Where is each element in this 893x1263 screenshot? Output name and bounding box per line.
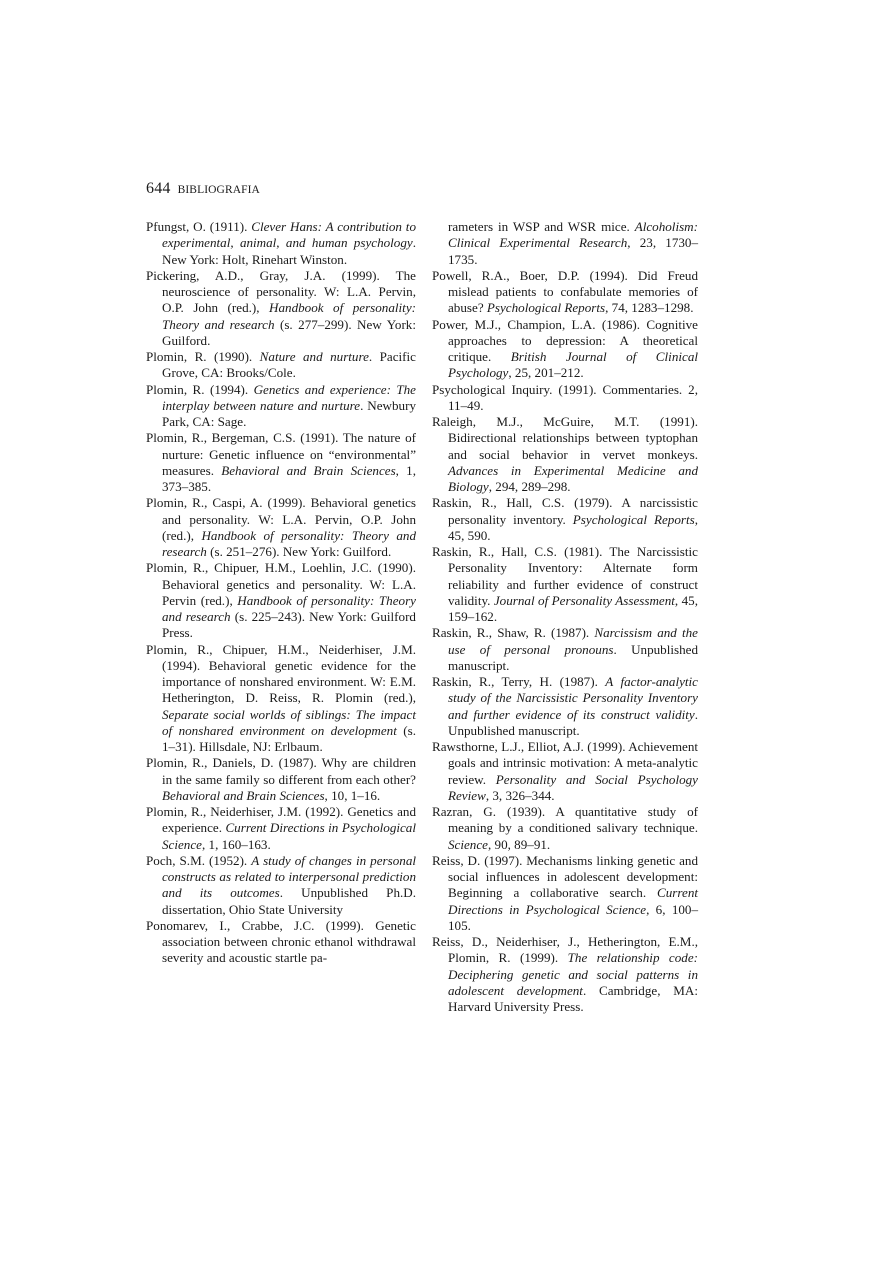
entry-title: Behavioral and Brain Sciences <box>162 788 325 803</box>
bibliography-entry: Plomin, R., Bergeman, C.S. (1991). The n… <box>146 430 416 495</box>
page-header: 644 BIBLIOGRAFIA <box>146 180 260 200</box>
bibliography-entry: Raskin, R., Shaw, R. (1987). Narcissism … <box>432 625 698 674</box>
entry-title: Psychological Reports <box>573 512 695 527</box>
bibliography-entry: Plomin, R. (1990). Nature and nurture. P… <box>146 349 416 382</box>
entry-text: Raleigh, M.J., McGuire, M.T. (1991). Bid… <box>432 414 698 462</box>
entry-text: Psychological Inquiry. (1991). Commentar… <box>432 382 698 413</box>
bibliography-entry: Pfungst, O. (1911). Clever Hans: A contr… <box>146 219 416 268</box>
entry-text: Plomin, R. (1994). <box>146 382 254 397</box>
entry-title: Journal of Personality Assessment <box>494 593 675 608</box>
right-column: rameters in WSP and WSR mice. Alcoholism… <box>432 219 698 1015</box>
entry-text: Raskin, R., Shaw, R. (1987). <box>432 625 594 640</box>
bibliography-entry: Raskin, R., Hall, C.S. (1979). A narciss… <box>432 495 698 544</box>
bibliography-entry: Raleigh, M.J., McGuire, M.T. (1991). Bid… <box>432 414 698 495</box>
entry-text: Raskin, R., Terry, H. (1987). <box>432 674 605 689</box>
entry-title: Behavioral and Brain Sciences <box>221 463 395 478</box>
bibliography-entry: Reiss, D., Neiderhiser, J., Hetherington… <box>432 934 698 1015</box>
bibliography-entry: Plomin, R., Chipuer, H.M., Neiderhiser, … <box>146 642 416 756</box>
bibliography-entry: Razran, G. (1939). A quantitative study … <box>432 804 698 853</box>
entry-text: Ponomarev, I., Crabbe, J.C. (1999). Gene… <box>146 918 416 966</box>
bibliography-entry: Power, M.J., Champion, L.A. (1986). Cogn… <box>432 317 698 382</box>
bibliography-entry: Plomin, R., Daniels, D. (1987). Why are … <box>146 755 416 804</box>
entry-text: , 294, 289–298. <box>489 479 571 494</box>
entry-title: Separate social worlds of siblings: The … <box>162 707 416 738</box>
entry-text: Plomin, R., Chipuer, H.M., Neiderhiser, … <box>146 642 416 706</box>
entry-text: , 74, 1283–1298. <box>605 300 693 315</box>
entry-text: Razran, G. (1939). A quantitative study … <box>432 804 698 835</box>
entry-title: Advances in Experimental Medicine and Bi… <box>448 463 698 494</box>
bibliography-entry: Plomin, R. (1994). Genetics and experien… <box>146 382 416 431</box>
entry-text: , 3, 326–344. <box>486 788 555 803</box>
bibliography-entry: Rawsthorne, L.J., Elliot, A.J. (1999). A… <box>432 739 698 804</box>
bibliography-entry: Psychological Inquiry. (1991). Commentar… <box>432 382 698 415</box>
entry-title: Psychological Reports <box>487 300 605 315</box>
left-column: Pfungst, O. (1911). Clever Hans: A contr… <box>146 219 416 967</box>
bibliography-entry: Ponomarev, I., Crabbe, J.C. (1999). Gene… <box>146 918 416 967</box>
entry-text: (s. 251–276). New York: Guilford. <box>207 544 391 559</box>
bibliography-entry: Reiss, D. (1997). Mechanisms linking gen… <box>432 853 698 934</box>
entry-text: , 10, 1–16. <box>325 788 381 803</box>
entry-text: Plomin, R. (1990). <box>146 349 260 364</box>
bibliography-entry: Powell, R.A., Boer, D.P. (1994). Did Fre… <box>432 268 698 317</box>
bibliography-entry: Plomin, R., Chipuer, H.M., Loehlin, J.C.… <box>146 560 416 641</box>
page-number: 644 <box>146 180 171 198</box>
entry-title: Nature and nurture <box>260 349 369 364</box>
entry-text: Plomin, R., Daniels, D. (1987). Why are … <box>146 755 416 786</box>
bibliography-entry: Pickering, A.D., Gray, J.A. (1999). The … <box>146 268 416 349</box>
entry-text: , 1, 160–163. <box>202 837 271 852</box>
entry-text: , 25, 201–212. <box>508 365 583 380</box>
bibliography-entry: Raskin, R., Hall, C.S. (1981). The Narci… <box>432 544 698 625</box>
entry-text: Poch, S.M. (1952). <box>146 853 251 868</box>
entry-text: Pfungst, O. (1911). <box>146 219 251 234</box>
bibliography-entry: Plomin, R., Neiderhiser, J.M. (1992). Ge… <box>146 804 416 853</box>
running-title: BIBLIOGRAFIA <box>178 184 260 196</box>
bibliography-entry: Poch, S.M. (1952). A study of changes in… <box>146 853 416 918</box>
entry-text: , 90, 89–91. <box>488 837 550 852</box>
bibliography-entry: Plomin, R., Caspi, A. (1999). Behavioral… <box>146 495 416 560</box>
bibliography-entry: Raskin, R., Terry, H. (1987). A factor-a… <box>432 674 698 739</box>
entry-text: rameters in WSP and WSR mice. <box>448 219 635 234</box>
bibliography-entry: rameters in WSP and WSR mice. Alcoholism… <box>432 219 698 268</box>
entry-title: Science <box>448 837 488 852</box>
